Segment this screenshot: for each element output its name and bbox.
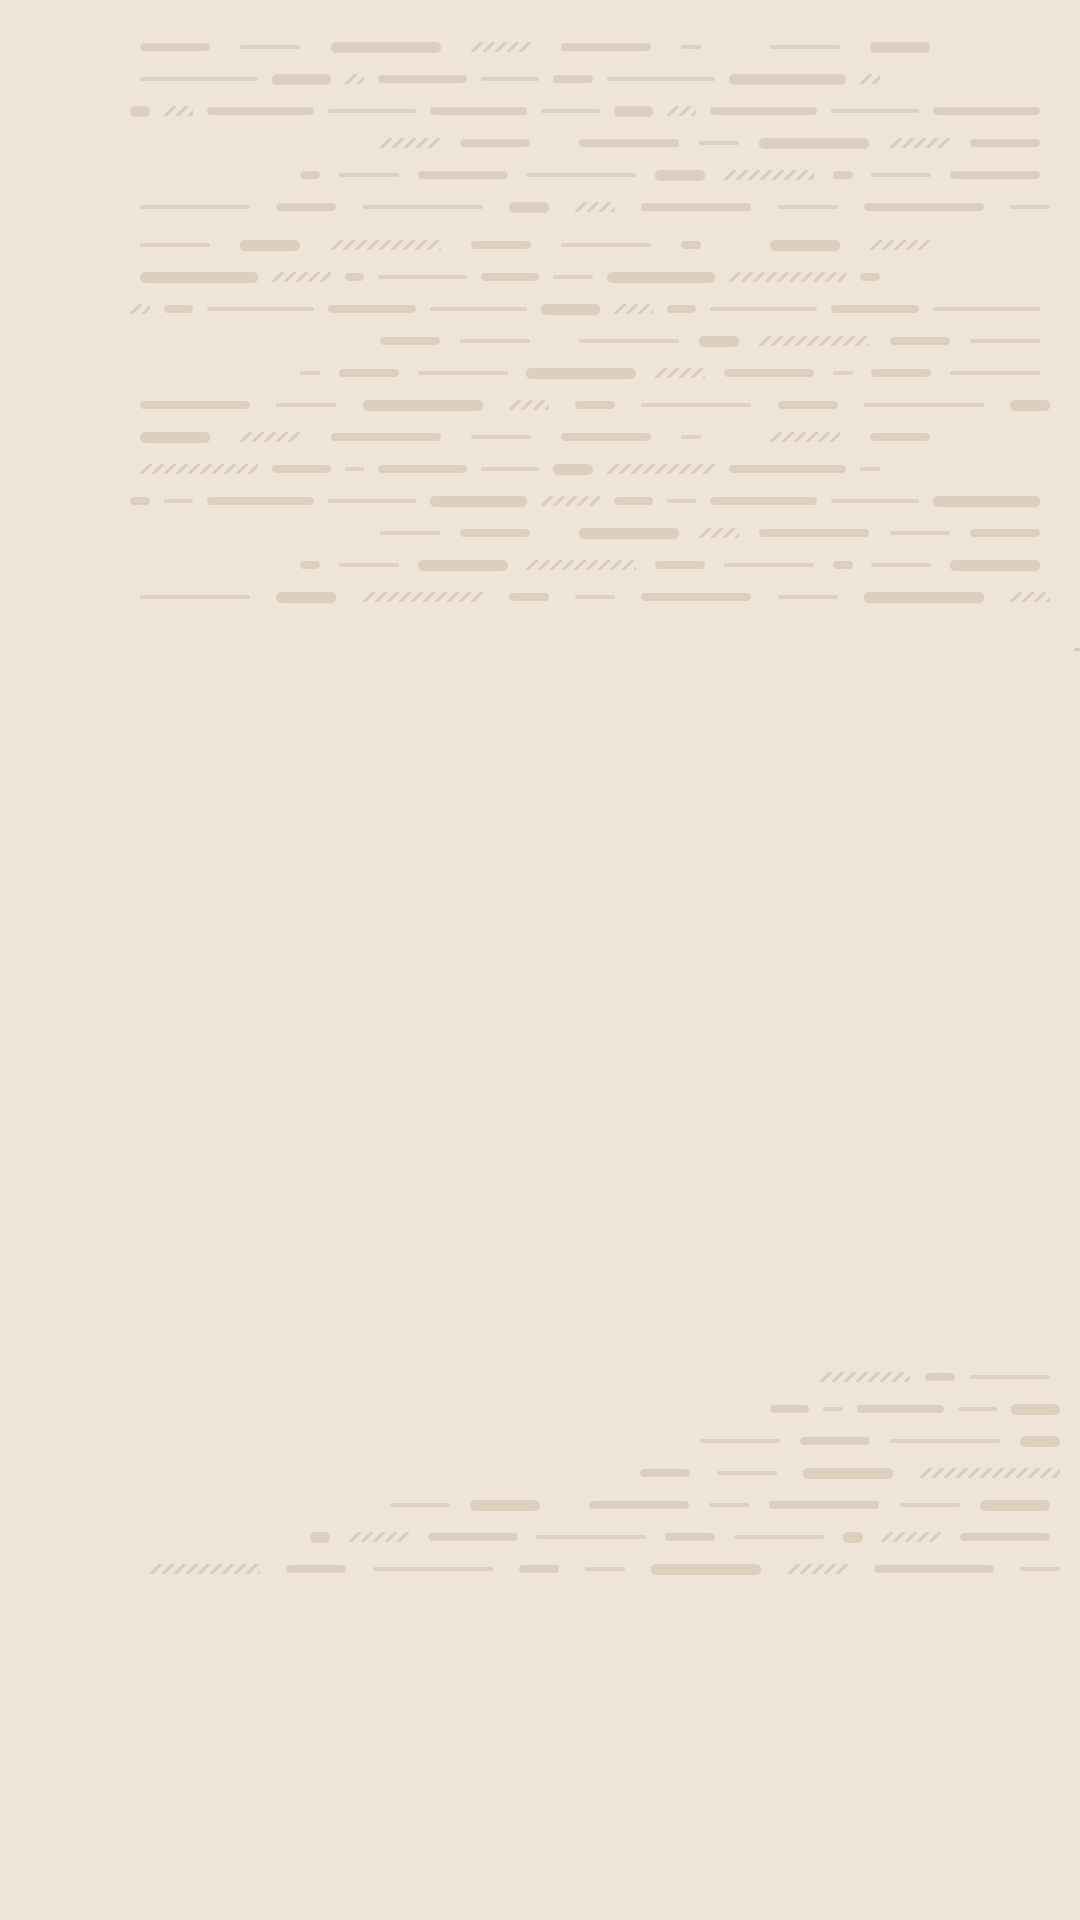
scribble-mark xyxy=(579,528,679,539)
scribble-mark xyxy=(345,467,365,471)
scribble-row xyxy=(150,1562,1060,1576)
scribble-mark xyxy=(430,496,527,507)
scribble-mark xyxy=(900,1503,960,1507)
scribble-mark xyxy=(958,1407,997,1411)
scribble-row xyxy=(640,1466,1060,1480)
scribble-mark xyxy=(300,371,320,375)
scribble-mark xyxy=(1010,205,1050,209)
scribble-mark xyxy=(874,1565,994,1573)
scribble-mark xyxy=(164,104,193,118)
scribble-mark xyxy=(820,1370,910,1384)
scribble-mark xyxy=(363,205,483,209)
scribble-mark xyxy=(575,595,615,599)
scribble-mark xyxy=(519,1565,559,1573)
scribble-mark xyxy=(471,435,531,439)
scribble-row xyxy=(140,398,1050,412)
scribble-mark xyxy=(717,1471,777,1475)
scribble-mark xyxy=(331,42,441,53)
scribble-mark xyxy=(331,433,441,441)
scribble-mark xyxy=(380,337,440,345)
scribble-mark xyxy=(655,170,705,181)
scribble-mark xyxy=(140,43,210,51)
scribble-mark xyxy=(870,433,930,441)
scribble-mark xyxy=(460,139,530,147)
scribble-mark xyxy=(681,241,701,249)
scribble-mark xyxy=(667,104,696,118)
scribble-mark xyxy=(331,238,441,252)
scribble-mark xyxy=(363,590,483,604)
scribble-row xyxy=(380,136,1040,150)
scribble-mark xyxy=(339,563,399,567)
scribble-mark xyxy=(378,275,466,279)
scribble-mark xyxy=(970,139,1040,147)
scribble-mark xyxy=(349,1530,409,1544)
scribble-mark xyxy=(870,42,930,53)
scribble-mark xyxy=(614,302,653,316)
scribble-mark xyxy=(150,1562,260,1576)
scribble-mark xyxy=(1010,400,1050,411)
paper-texture-canvas xyxy=(0,0,1080,1920)
scribble-mark xyxy=(890,1439,1000,1443)
scribble-mark xyxy=(1010,590,1050,604)
scribble-mark xyxy=(471,241,531,249)
scribble-mark xyxy=(833,561,853,569)
scribble-mark xyxy=(286,1565,346,1573)
scribble-mark xyxy=(665,1533,715,1541)
scribble-mark xyxy=(881,1530,941,1544)
scribble-mark xyxy=(857,1405,945,1413)
scribble-mark xyxy=(339,173,399,177)
scribble-mark xyxy=(724,168,814,182)
scribble-mark xyxy=(699,526,739,540)
scribble-mark xyxy=(541,494,599,508)
scribble-mark xyxy=(890,337,950,345)
scribble-mark xyxy=(778,595,838,599)
scribble-mark xyxy=(276,592,336,603)
scribble-mark xyxy=(699,141,739,145)
scribble-mark xyxy=(553,275,592,279)
scribble-row xyxy=(140,200,1050,214)
scribble-mark xyxy=(276,203,336,211)
scribble-mark xyxy=(699,336,739,347)
scribble-mark xyxy=(871,173,931,177)
scribble-mark xyxy=(509,202,549,213)
scribble-mark xyxy=(541,109,599,113)
scribble-mark xyxy=(140,432,210,443)
scribble-row xyxy=(310,1530,1050,1544)
scribble-mark xyxy=(509,593,549,601)
scribble-mark xyxy=(641,403,751,407)
scribble-mark xyxy=(380,136,440,150)
scribble-mark xyxy=(759,138,869,149)
scribble-row xyxy=(390,1498,1050,1512)
scribble-mark xyxy=(729,465,847,473)
scribble-row xyxy=(140,40,930,54)
scribble-mark xyxy=(140,205,250,209)
scribble-mark xyxy=(579,339,679,343)
scribble-mark xyxy=(561,243,651,247)
scribble-mark xyxy=(373,1567,493,1571)
scribble-mark xyxy=(803,1468,893,1479)
scribble-row xyxy=(820,1370,1050,1384)
scribble-row xyxy=(380,526,1040,540)
scribble-mark xyxy=(607,77,715,81)
scribble-mark xyxy=(950,371,1040,375)
scribble-mark xyxy=(430,107,527,115)
scribble-mark xyxy=(481,77,540,81)
scribble-mark xyxy=(541,304,599,315)
scribble-mark xyxy=(430,307,527,311)
scribble-row xyxy=(300,558,1040,572)
scribble-mark xyxy=(890,531,950,535)
scribble-mark xyxy=(920,1466,1060,1480)
scribble-mark xyxy=(310,1532,330,1543)
scribble-mark xyxy=(831,499,919,503)
scribble-mark xyxy=(870,238,930,252)
scribble-mark xyxy=(272,465,331,473)
scribble-mark xyxy=(770,240,840,251)
scribble-mark xyxy=(770,430,840,444)
scribble-mark xyxy=(481,467,540,471)
scribble-row xyxy=(300,168,1040,182)
scribble-mark xyxy=(860,467,880,471)
scribble-mark xyxy=(709,1503,749,1507)
scribble-mark xyxy=(950,171,1040,179)
scribble-mark xyxy=(724,563,814,567)
scribble-mark xyxy=(164,499,193,503)
scribble-mark xyxy=(240,240,300,251)
scribble-mark xyxy=(575,200,615,214)
scribble-mark xyxy=(272,74,331,85)
scribble-mark xyxy=(589,1501,689,1509)
scribble-row xyxy=(770,1402,1060,1416)
scribble-mark xyxy=(864,592,984,603)
scribble-mark xyxy=(300,171,320,179)
scribble-mark xyxy=(390,1503,450,1507)
scribble-row xyxy=(140,462,880,476)
scribble-mark xyxy=(481,273,540,281)
scribble-mark xyxy=(207,497,314,505)
scribble-mark xyxy=(933,307,1040,311)
scribble-row xyxy=(700,1434,1060,1448)
scribble-mark xyxy=(339,369,399,377)
scribble-mark xyxy=(561,43,651,51)
scribble-mark xyxy=(667,499,696,503)
scribble-mark xyxy=(428,1533,518,1541)
scribble-mark xyxy=(833,371,853,375)
scribble-mark xyxy=(345,72,365,86)
scribble-mark xyxy=(363,400,483,411)
scribble-mark xyxy=(890,136,950,150)
scribble-mark xyxy=(345,273,365,281)
speck-mark xyxy=(1074,648,1080,651)
scribble-mark xyxy=(734,1535,824,1539)
scribble-mark xyxy=(607,272,715,283)
scribble-row xyxy=(380,334,1040,348)
scribble-mark xyxy=(140,243,210,247)
scribble-mark xyxy=(860,72,880,86)
scribble-mark xyxy=(418,560,508,571)
scribble-mark xyxy=(460,339,530,343)
scribble-mark xyxy=(800,1437,870,1445)
scribble-mark xyxy=(843,1532,863,1543)
scribble-mark xyxy=(614,106,653,117)
scribble-mark xyxy=(864,203,984,211)
scribble-mark xyxy=(681,435,701,439)
scribble-mark xyxy=(575,401,615,409)
scribble-mark xyxy=(607,462,715,476)
scribble-mark xyxy=(933,496,1040,507)
scribble-mark xyxy=(240,430,300,444)
scribble-mark xyxy=(710,307,817,311)
scribble-mark xyxy=(655,366,705,380)
scribble-mark xyxy=(614,497,653,505)
scribble-mark xyxy=(823,1407,843,1411)
scribble-mark xyxy=(418,171,508,179)
scribble-mark xyxy=(1011,1404,1060,1415)
scribble-mark xyxy=(980,1500,1050,1511)
scribble-mark xyxy=(770,1405,809,1413)
scribble-mark xyxy=(970,339,1040,343)
scribble-mark xyxy=(788,1562,848,1576)
scribble-mark xyxy=(871,563,931,567)
scribble-mark xyxy=(729,270,847,284)
scribble-mark xyxy=(207,107,314,115)
scribble-mark xyxy=(328,109,416,113)
scribble-row xyxy=(140,590,1050,604)
scribble-mark xyxy=(1020,1436,1060,1447)
scribble-mark xyxy=(710,107,817,115)
scribble-mark xyxy=(640,1469,690,1477)
scribble-mark xyxy=(700,1439,780,1443)
scribble-mark xyxy=(300,561,320,569)
scribble-mark xyxy=(470,1500,540,1511)
scribble-mark xyxy=(164,305,193,313)
scribble-mark xyxy=(140,595,250,599)
scribble-mark xyxy=(140,462,258,476)
scribble-mark xyxy=(681,45,701,49)
scribble-mark xyxy=(130,302,150,316)
scribble-mark xyxy=(526,173,636,177)
scribble-mark xyxy=(724,369,814,377)
scribble-mark xyxy=(276,403,336,407)
scribble-mark xyxy=(770,45,840,49)
scribble-mark xyxy=(970,1375,1050,1379)
scribble-mark xyxy=(553,75,592,83)
scribble-mark xyxy=(526,368,636,379)
scribble-row xyxy=(130,104,1040,118)
scribble-row xyxy=(140,238,930,252)
scribble-mark xyxy=(759,529,869,537)
scribble-mark xyxy=(418,371,508,375)
scribble-mark xyxy=(655,561,705,569)
scribble-mark xyxy=(380,531,440,535)
scribble-row xyxy=(300,366,1040,380)
scribble-mark xyxy=(207,307,314,311)
scribble-mark xyxy=(960,1533,1050,1541)
scribble-mark xyxy=(710,497,817,505)
scribble-mark xyxy=(471,40,531,54)
scribble-mark xyxy=(561,433,651,441)
scribble-mark xyxy=(759,334,869,348)
scribble-mark xyxy=(130,106,150,117)
scribble-mark xyxy=(1020,1567,1060,1571)
scribble-mark xyxy=(871,369,931,377)
scribble-mark xyxy=(140,401,250,409)
scribble-mark xyxy=(925,1373,955,1381)
scribble-mark xyxy=(933,107,1040,115)
scribble-mark xyxy=(831,305,919,313)
scribble-mark xyxy=(378,75,466,83)
scribble-mark xyxy=(585,1567,625,1571)
scribble-mark xyxy=(328,305,416,313)
scribble-mark xyxy=(328,499,416,503)
scribble-mark xyxy=(641,593,751,601)
scribble-mark xyxy=(460,529,530,537)
scribble-mark xyxy=(553,464,592,475)
scribble-mark xyxy=(729,74,847,85)
scribble-mark xyxy=(778,205,838,209)
scribble-row xyxy=(140,270,880,284)
scribble-mark xyxy=(860,273,880,281)
scribble-mark xyxy=(579,139,679,147)
scribble-row xyxy=(130,302,1040,316)
scribble-mark xyxy=(240,45,300,49)
scribble-mark xyxy=(130,497,150,505)
scribble-mark xyxy=(970,529,1040,537)
scribble-mark xyxy=(651,1564,761,1575)
scribble-mark xyxy=(831,109,919,113)
scribble-mark xyxy=(140,272,258,283)
scribble-mark xyxy=(509,398,549,412)
scribble-mark xyxy=(536,1535,646,1539)
scribble-mark xyxy=(272,270,331,284)
scribble-mark xyxy=(778,401,838,409)
scribble-mark xyxy=(140,77,258,81)
scribble-mark xyxy=(641,203,751,211)
scribble-mark xyxy=(864,403,984,407)
scribble-mark xyxy=(526,558,636,572)
scribble-row xyxy=(130,494,1040,508)
scribble-mark xyxy=(833,171,853,179)
scribble-row xyxy=(140,72,880,86)
scribble-mark xyxy=(667,305,696,313)
scribble-mark xyxy=(950,560,1040,571)
scribble-row xyxy=(140,430,930,444)
scribble-mark xyxy=(769,1501,879,1509)
scribble-mark xyxy=(378,465,466,473)
